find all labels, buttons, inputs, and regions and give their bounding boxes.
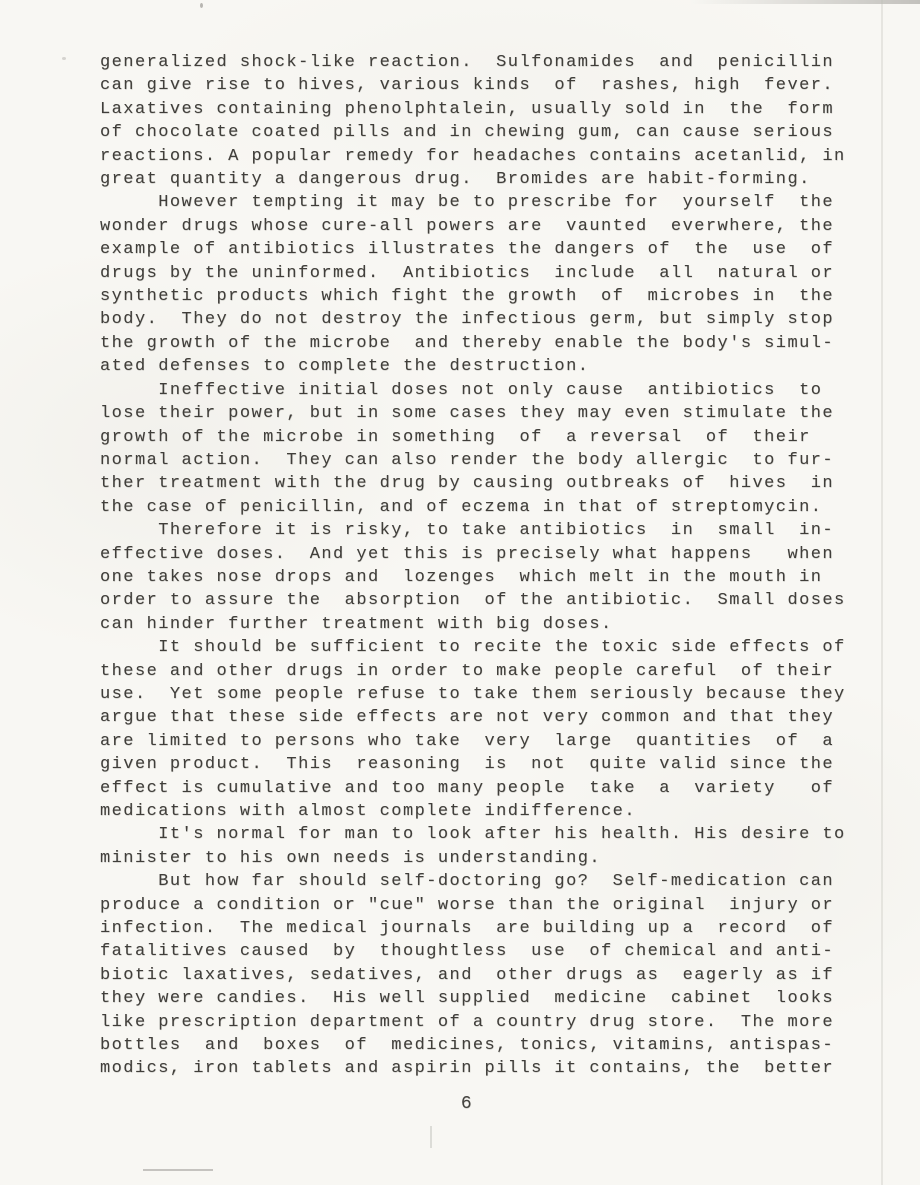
text-line: can hinder further treatment with big do… (100, 613, 860, 636)
text-line: Ineffective initial doses not only cause… (100, 379, 860, 402)
text-line: generalized shock-like reaction. Sulfona… (100, 51, 860, 74)
text-line: like prescription department of a countr… (100, 1011, 860, 1034)
text-line: body. They do not destroy the infectious… (100, 308, 860, 331)
scan-speck (200, 3, 203, 8)
text-line: It should be sufficient to recite the to… (100, 636, 860, 659)
text-line: ated defenses to complete the destructio… (100, 355, 860, 378)
scan-speck (62, 57, 66, 60)
text-line: However tempting it may be to prescribe … (100, 191, 860, 214)
text-line: they were candies. His well supplied med… (100, 987, 860, 1010)
text-line: the growth of the microbe and thereby en… (100, 332, 860, 355)
text-line: are limited to persons who take very lar… (100, 730, 860, 753)
text-line: can give rise to hives, various kinds of… (100, 74, 860, 97)
text-line: fatalitives caused by thoughtless use of… (100, 940, 860, 963)
text-line: But how far should self-doctoring go? Se… (100, 870, 860, 893)
text-line: example of antibiotics illustrates the d… (100, 238, 860, 261)
body-text: generalized shock-like reaction. Sulfona… (100, 51, 860, 1081)
scan-streak-top (690, 0, 920, 4)
text-line: great quantity a dangerous drug. Bromide… (100, 168, 860, 191)
text-line: effective doses. And yet this is precise… (100, 543, 860, 566)
text-line: minister to his own needs is understandi… (100, 847, 860, 870)
text-line: medications with almost complete indiffe… (100, 800, 860, 823)
document-page: generalized shock-like reaction. Sulfona… (0, 0, 920, 1185)
scan-smudge (430, 1126, 432, 1148)
text-line: use. Yet some people refuse to take them… (100, 683, 860, 706)
text-line: infection. The medical journals are buil… (100, 917, 860, 940)
text-line: Therefore it is risky, to take antibioti… (100, 519, 860, 542)
text-line: Laxatives containing phenolphtalein, usu… (100, 98, 860, 121)
text-line: produce a condition or "cue" worse than … (100, 894, 860, 917)
page-number: 6 (100, 1094, 834, 1114)
text-line: growth of the microbe in something of a … (100, 426, 860, 449)
text-line: synthetic products which fight the growt… (100, 285, 860, 308)
text-line: biotic laxatives, sedatives, and other d… (100, 964, 860, 987)
text-line: one takes nose drops and lozenges which … (100, 566, 860, 589)
text-line: the case of penicillin, and of eczema in… (100, 496, 860, 519)
text-line: bottles and boxes of medicines, tonics, … (100, 1034, 860, 1057)
text-line: of chocolate coated pills and in chewing… (100, 121, 860, 144)
text-line: drugs by the uninformed. Antibiotics inc… (100, 262, 860, 285)
text-line: It's normal for man to look after his he… (100, 823, 860, 846)
text-line: effect is cumulative and too many people… (100, 777, 860, 800)
text-line: order to assure the absorption of the an… (100, 589, 860, 612)
text-line: given product. This reasoning is not qui… (100, 753, 860, 776)
text-line: modics, iron tablets and aspirin pills i… (100, 1057, 860, 1080)
scan-edge-line-right (881, 0, 883, 1185)
text-line: these and other drugs in order to make p… (100, 660, 860, 683)
text-line: argue that these side effects are not ve… (100, 706, 860, 729)
scan-line-bottom (143, 1169, 213, 1171)
text-line: wonder drugs whose cure-all powers are v… (100, 215, 860, 238)
text-line: lose their power, but in some cases they… (100, 402, 860, 425)
text-line: ther treatment with the drug by causing … (100, 472, 860, 495)
text-line: reactions. A popular remedy for headache… (100, 145, 860, 168)
text-line: normal action. They can also render the … (100, 449, 860, 472)
